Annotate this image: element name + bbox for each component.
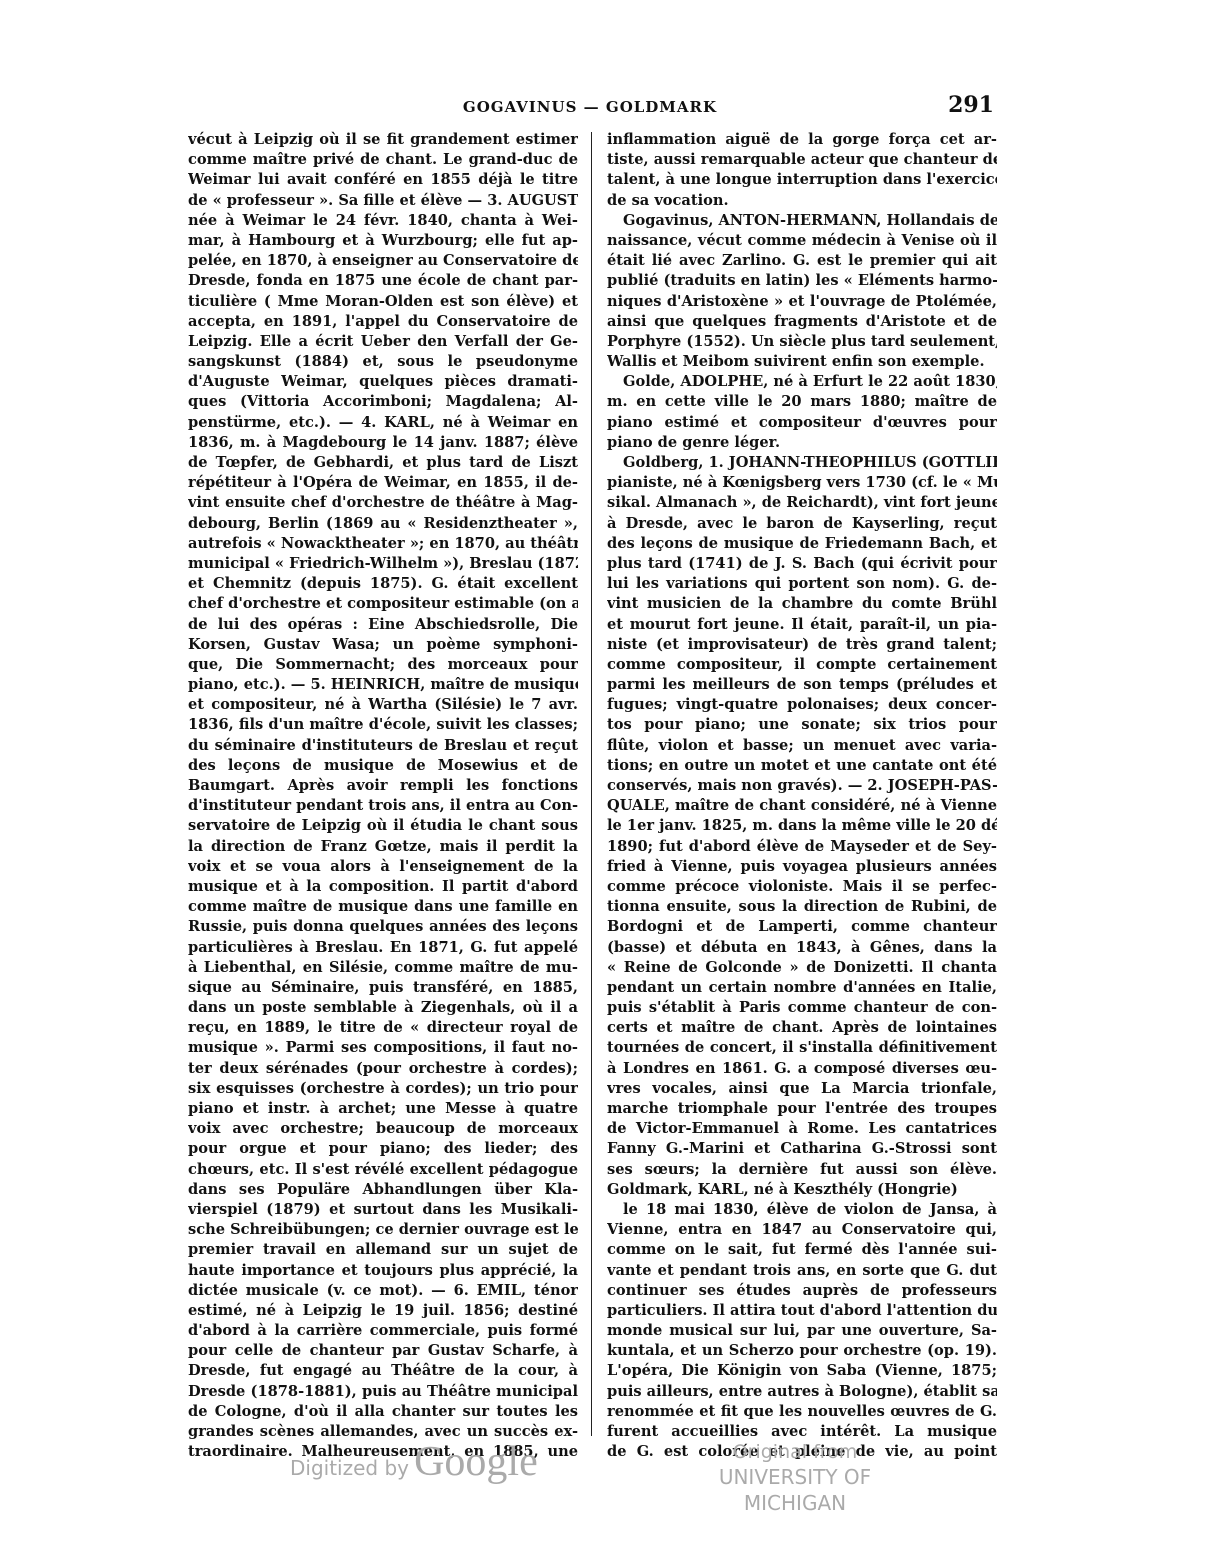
text-line: conservés, mais non gravés). — 2. JOSEPH…	[607, 776, 997, 796]
text-line: et compositeur, né à Wartha (Silésie) le…	[188, 695, 578, 715]
right-column: inflammation aiguë de la gorge força cet…	[607, 130, 997, 1462]
text-line: puis s'établit à Paris comme chanteur de…	[607, 998, 997, 1018]
text-line: comme maître de musique dans une famille…	[188, 897, 578, 917]
text-line: vante et pendant trois ans, en sorte que…	[607, 1261, 997, 1281]
text-line: piano, etc.). — 5. HEINRICH, maître de m…	[188, 675, 578, 695]
text-line: Vienne, entra en 1847 au Conservatoire q…	[607, 1220, 997, 1240]
text-line: fried à Vienne, puis voyagea plusieurs a…	[607, 857, 997, 877]
text-line: municipal « Friedrich-Wilhelm »), Bresla…	[188, 554, 578, 574]
text-line: Porphyre (1552). Un siècle plus tard seu…	[607, 332, 997, 352]
text-line: m. en cette ville le 20 mars 1880; maîtr…	[607, 392, 997, 412]
text-line: d'Auguste Weimar, quelques pièces dramat…	[188, 372, 578, 392]
text-line: niste (et improvisateur) de très grand t…	[607, 635, 997, 655]
text-line: voix et se voua alors à l'enseignement d…	[188, 857, 578, 877]
original-from-text: Original from	[670, 1440, 920, 1464]
text-line: comme précoce violoniste. Mais il se per…	[607, 877, 997, 897]
text-line: dans ses Populäre Abhandlungen über Kla-	[188, 1180, 578, 1200]
text-line: vint musicien de la chambre du comte Brü…	[607, 594, 997, 614]
text-line: Goldmark, KARL, né à Keszthély (Hongrie)	[607, 1180, 997, 1200]
text-line: dictée musicale (v. ce mot). — 6. EMIL, …	[188, 1281, 578, 1301]
text-line: pendant un certain nombre d'années en It…	[607, 978, 997, 998]
page-number: 291	[948, 92, 994, 118]
text-line: du séminaire d'instituteurs de Breslau e…	[188, 736, 578, 756]
text-line: piano et instr. à archet; une Messe à qu…	[188, 1099, 578, 1119]
text-line: tos pour piano; une sonate; six trios po…	[607, 715, 997, 735]
text-line: de sa vocation.	[607, 191, 997, 211]
text-line: servatoire de Leipzig où il étudia le ch…	[188, 816, 578, 836]
text-line: puis ailleurs, entre autres à Bologne), …	[607, 1382, 997, 1402]
text-line: le 18 mai 1830, élève de violon de Jansa…	[607, 1200, 997, 1220]
text-line: certs et maître de chant. Après de loint…	[607, 1018, 997, 1038]
text-line: sangskunst (1884) et, sous le pseudonyme	[188, 352, 578, 372]
text-line: dans un poste semblable à Ziegenhals, où…	[188, 998, 578, 1018]
text-line: parmi les meilleurs de son temps (prélud…	[607, 675, 997, 695]
text-line: chef d'orchestre et compositeur estimabl…	[188, 594, 578, 614]
google-logo-text: Google	[414, 1439, 538, 1485]
text-line: QUALE, maître de chant considéré, né à V…	[607, 796, 997, 816]
text-line: premier travail en allemand sur un sujet…	[188, 1240, 578, 1260]
text-line: vres vocales, ainsi que La Marcia trionf…	[607, 1079, 997, 1099]
text-line: pour celle de chanteur par Gustav Scharf…	[188, 1341, 578, 1361]
text-line: vécut à Leipzig où il se fit grandement …	[188, 130, 578, 150]
text-line: marche triomphale pour l'entrée des trou…	[607, 1099, 997, 1119]
text-line: était lié avec Zarlino. G. est le premie…	[607, 251, 997, 271]
text-line: Dresde, fonda en 1875 une école de chant…	[188, 271, 578, 291]
running-title: GOGAVINUS — GOLDMARK	[186, 98, 994, 116]
text-line: continuer ses études auprès de professeu…	[607, 1281, 997, 1301]
text-line: Golde, ADOLPHE, né à Erfurt le 22 août 1…	[607, 372, 997, 392]
text-line: particuliers. Il attira tout d'abord l'a…	[607, 1301, 997, 1321]
google-watermark: Digitized by Google	[290, 1438, 538, 1486]
left-column: vécut à Leipzig où il se fit grandement …	[188, 130, 578, 1462]
text-line: Dresde (1878-1881), puis au Théâtre muni…	[188, 1382, 578, 1402]
text-line: à Dresde, avec le baron de Kayserling, r…	[607, 514, 997, 534]
text-line: 1836, fils d'un maître d'école, suivit l…	[188, 715, 578, 735]
text-line: renommée et fit que les nouvelles œuvres…	[607, 1402, 997, 1422]
text-line: 1890; fut d'abord élève de Mayseder et d…	[607, 837, 997, 857]
text-line: flûte, violon et basse; un menuet avec v…	[607, 736, 997, 756]
text-line: de Victor-Emmanuel à Rome. Les cantatric…	[607, 1119, 997, 1139]
digitized-by-text: Digitized by	[290, 1456, 409, 1480]
text-line: piano estimé et compositeur d'œuvres pou…	[607, 413, 997, 433]
text-line: sche Schreibübungen; ce dernier ouvrage …	[188, 1220, 578, 1240]
text-line: tournées de concert, il s'installa défin…	[607, 1038, 997, 1058]
text-line: kuntala, et un Scherzo pour orchestre (o…	[607, 1341, 997, 1361]
text-line: (basse) et débuta en 1843, à Gênes, dans…	[607, 938, 997, 958]
text-line: Fanny G.-Marini et Catharina G.-Strossi …	[607, 1139, 997, 1159]
text-line: pour orgue et pour piano; des lieder; de…	[188, 1139, 578, 1159]
text-line: d'instituteur pendant trois ans, il entr…	[188, 796, 578, 816]
text-line: Weimar lui avait conféré en 1855 déjà le…	[188, 170, 578, 190]
text-line: plus tard (1741) de J. S. Bach (qui écri…	[607, 554, 997, 574]
text-line: six esquisses (orchestre à cordes); un t…	[188, 1079, 578, 1099]
text-line: musique ». Parmi ses compositions, il fa…	[188, 1038, 578, 1058]
text-line: L'opéra, Die Königin von Saba (Vienne, 1…	[607, 1361, 997, 1381]
text-line: lui les variations qui portent son nom).…	[607, 574, 997, 594]
text-line: à Liebenthal, en Silésie, comme maître d…	[188, 958, 578, 978]
text-line: haute importance et toujours plus appréc…	[188, 1261, 578, 1281]
text-line: voix avec orchestre; beaucoup de morceau…	[188, 1119, 578, 1139]
text-line: tions; en outre un motet et une cantate …	[607, 756, 997, 776]
text-line: ticulière ( Mme Moran-Olden est son élèv…	[188, 292, 578, 312]
text-line: Gogavinus, ANTON-HERMANN, Hollandais de	[607, 211, 997, 231]
text-line: tionna ensuite, sous la direction de Rub…	[607, 897, 997, 917]
institution-text: UNIVERSITY OF MICHIGAN	[670, 1464, 920, 1516]
text-line: répétiteur à l'Opéra de Weimar, en 1855,…	[188, 473, 578, 493]
text-line: chœurs, etc. Il s'est révélé excellent p…	[188, 1160, 578, 1180]
text-line: particulières à Breslau. En 1871, G. fut…	[188, 938, 578, 958]
text-line: des leçons de musique de Friedemann Bach…	[607, 534, 997, 554]
text-line: « Reine de Golconde » de Donizetti. Il c…	[607, 958, 997, 978]
text-line: comme compositeur, il compte certainemen…	[607, 655, 997, 675]
text-line: fugues; vingt-quatre polonaises; deux co…	[607, 695, 997, 715]
text-line: publié (traduits en latin) les « Elément…	[607, 271, 997, 291]
text-line: vint ensuite chef d'orchestre de théâtre…	[188, 493, 578, 513]
text-line: Leipzig. Elle a écrit Ueber den Verfall …	[188, 332, 578, 352]
text-line: mar, à Hambourg et à Wurzbourg; elle fut…	[188, 231, 578, 251]
text-line: Goldberg, 1. JOHANN-THEOPHILUS (GOTTLIEB…	[607, 453, 997, 473]
text-line: penstürme, etc.). — 4. KARL, né à Weimar…	[188, 413, 578, 433]
text-line: musique et à la composition. Il partit d…	[188, 877, 578, 897]
text-line: 1836, m. à Magdebourg le 14 janv. 1887; …	[188, 433, 578, 453]
column-divider	[591, 132, 592, 1436]
text-line: ques (Vittoria Accorimboni; Magdalena; A…	[188, 392, 578, 412]
text-line: la direction de Franz Gœtze, mais il per…	[188, 837, 578, 857]
text-line: pelée, en 1870, à enseigner au Conservat…	[188, 251, 578, 271]
text-line: à Londres en 1861. G. a composé diverses…	[607, 1059, 997, 1079]
text-line: comme maître privé de chant. Le grand-du…	[188, 150, 578, 170]
text-line: de « professeur ». Sa fille et élève — 3…	[188, 191, 578, 211]
text-line: ainsi que quelques fragments d'Aristote …	[607, 312, 997, 332]
text-line: niques d'Aristoxène » et l'ouvrage de Pt…	[607, 292, 997, 312]
running-head: GOGAVINUS — GOLDMARK 291	[186, 96, 994, 122]
text-line: inflammation aiguë de la gorge força cet…	[607, 130, 997, 150]
text-line: piano de genre léger.	[607, 433, 997, 453]
text-line: née à Weimar le 24 févr. 1840, chanta à …	[188, 211, 578, 231]
text-line: debourg, Berlin (1869 au « Residenztheat…	[188, 514, 578, 534]
text-line: estimé, né à Leipzig le 19 juil. 1856; d…	[188, 1301, 578, 1321]
text-line: de Cologne, d'où il alla chanter sur tou…	[188, 1402, 578, 1422]
text-line: autrefois « Nowacktheater »; en 1870, au…	[188, 534, 578, 554]
text-line: Baumgart. Après avoir rempli les fonctio…	[188, 776, 578, 796]
text-line: ses sœurs; la dernière fut aussi son élè…	[607, 1160, 997, 1180]
text-line: Wallis et Meibom suivirent enfin son exe…	[607, 352, 997, 372]
text-line: tiste, aussi remarquable acteur que chan…	[607, 150, 997, 170]
text-line: des leçons de musique de Mosewius et de	[188, 756, 578, 776]
text-line: vierspiel (1879) et surtout dans les Mus…	[188, 1200, 578, 1220]
text-line: de Tœpfer, de Gebhardi, et plus tard de …	[188, 453, 578, 473]
text-line: accepta, en 1891, l'appel du Conservatoi…	[188, 312, 578, 332]
text-line: de lui des opéras : Eine Abschiedsrolle,…	[188, 615, 578, 635]
text-line: sikal. Almanach », de Reichardt), vint f…	[607, 493, 997, 513]
library-watermark: Original from UNIVERSITY OF MICHIGAN	[670, 1440, 920, 1516]
text-line: que, Die Sommernacht; des morceaux pour	[188, 655, 578, 675]
text-line: reçu, en 1889, le titre de « directeur r…	[188, 1018, 578, 1038]
text-line: et Chemnitz (depuis 1875). G. était exce…	[188, 574, 578, 594]
text-line: sique au Séminaire, puis transféré, en 1…	[188, 978, 578, 998]
text-line: ter deux sérénades (pour orchestre à cor…	[188, 1059, 578, 1079]
text-line: comme on le sait, fut fermé dès l'année …	[607, 1240, 997, 1260]
text-line: le 1er janv. 1825, m. dans la même ville…	[607, 816, 997, 836]
text-line: d'abord à la carrière commerciale, puis …	[188, 1321, 578, 1341]
text-line: pianiste, né à Kœnigsberg vers 1730 (cf.…	[607, 473, 997, 493]
text-line: naissance, vécut comme médecin à Venise …	[607, 231, 997, 251]
text-line: et mourut fort jeune. Il était, paraît-i…	[607, 615, 997, 635]
text-line: monde musical sur lui, par une ouverture…	[607, 1321, 997, 1341]
text-line: Bordogni et de Lamperti, comme chanteur	[607, 917, 997, 937]
text-line: Korsen, Gustav Wasa; un poème symphoni-	[188, 635, 578, 655]
text-line: Russie, puis donna quelques années des l…	[188, 917, 578, 937]
text-line: Dresde, fut engagé au Théâtre de la cour…	[188, 1361, 578, 1381]
text-line: talent, à une longue interruption dans l…	[607, 170, 997, 190]
